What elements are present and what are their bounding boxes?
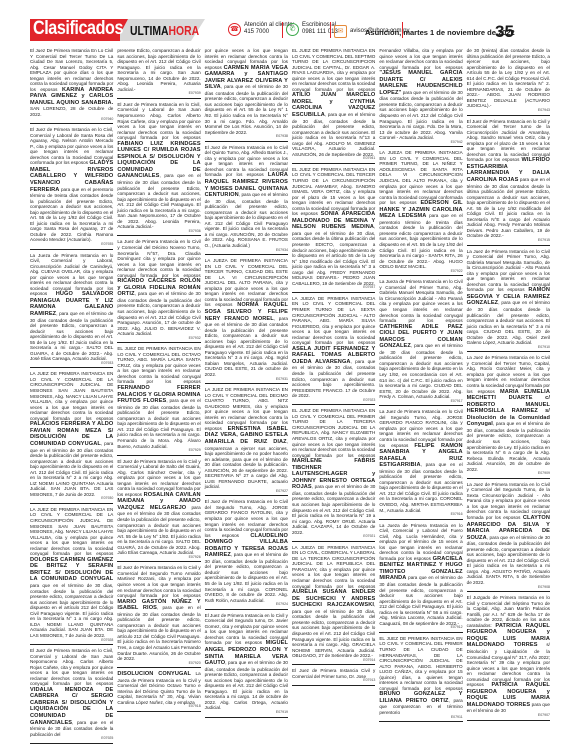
column-6: de 30 (treinta) días contados desde la ú… <box>467 48 550 747</box>
column-5: Fernandez Villalba, cita y emplaza por q… <box>379 48 462 747</box>
notice-text: para que en el término de 30 días contad… <box>379 575 462 625</box>
notice-text: , para que en el término de 30 días cont… <box>117 605 200 661</box>
page-number: 35 <box>495 22 514 42</box>
notice-text: para que en el perentorio término de tre… <box>379 213 462 269</box>
notice-text: , para que en el término de 30 días, con… <box>292 112 375 157</box>
notice-code: E07932 <box>117 337 200 341</box>
notice-code: E07917 <box>379 400 462 404</box>
notice-text: , para que en el término de 30 días, con… <box>292 359 375 398</box>
notice-code: E07943 <box>467 109 550 113</box>
notice-text: para que en el término de 30 días contad… <box>379 90 462 140</box>
notice-names: DOLORES CARMEN GIMÉNEZ DE BRITEZ Y SERAF… <box>30 557 113 583</box>
notice-text: , para que en el término de 30 días, con… <box>292 224 375 285</box>
notice-text: La Jueza de Primera Instancia en lo Civi… <box>379 279 462 323</box>
notice-code: E07937 <box>292 286 375 290</box>
classified-notice: EL JUEZ DE PRIMERA INSTANCIA EN LO CIVIL… <box>292 167 375 293</box>
notice-text: presente Edicto, comparezcan a deducir s… <box>117 48 200 92</box>
notice-text: , para que en el término de 30 días, con… <box>205 660 288 710</box>
notice-text: EL JUEZ DE PRIMERA INSTANCIA EN LO CIVIL… <box>292 167 375 216</box>
classified-notice: de 30 (treinta) días contados desde la ú… <box>467 48 550 116</box>
classified-notice: Fernandez Villalba, cita y emplaza por q… <box>379 48 462 147</box>
notice-code: E07927 <box>205 490 288 494</box>
notice-code: E07923 <box>292 399 375 403</box>
notice-code: E07920 <box>117 662 200 666</box>
notice-text: , para que en el término de 30 días, con… <box>467 421 550 471</box>
notice-text: LA JUEZ DE PRIMERA INSTANCIA EN LO CIVIL… <box>30 371 113 420</box>
classified-notice: El Juez de Primera Instancia en lo Civil… <box>30 127 113 249</box>
notice-code: E07922 <box>379 270 462 274</box>
notice-code: E07936 <box>117 230 200 234</box>
classified-notice: La Jueza de Primera Instancia en lo Civi… <box>30 253 113 369</box>
classified-notice: LA JUEZA DE PRIMERA INSTANCIA EN LO CIVI… <box>379 150 462 276</box>
notice-code: E07919 <box>205 711 288 715</box>
notice-text: LA JUEZ DE PRIMERA INSTANCIA EN LO CIVIL… <box>205 387 288 431</box>
notice-code: E07924 <box>205 603 288 607</box>
dateline: Asunción, martes 1 de noviembre de 2022 <box>365 28 515 37</box>
notice-text: El Juez de Primera Instancia en lo Civil… <box>117 565 200 598</box>
notice-text: El Juez de Primera Instancia en lo Civil… <box>467 119 550 163</box>
notice-text: para que en el perentorio término de tre… <box>30 187 113 243</box>
notice-text: , para que en el término de 30 días, con… <box>205 192 288 248</box>
brand-logo: ULTIMAHORA <box>130 23 199 38</box>
notice-code: E07909 <box>467 472 550 476</box>
notice-code: E07926 <box>117 556 200 560</box>
notice-code: E07907 <box>467 714 550 718</box>
notice-text: , para que en el término de 30 días, con… <box>292 602 375 658</box>
notice-code: E07911 <box>379 716 462 720</box>
classified-notice: La Jueza de Primera Instancia en lo Civi… <box>379 279 462 406</box>
notice-text: , para que en el término de 30 días, con… <box>292 484 375 534</box>
notice-text: EL JUEZ DE PRIMERA INSTANCIA EN LO CIVIL… <box>292 408 375 457</box>
classified-notice: El Juez de Primera Instancia en lo Civil… <box>467 119 550 246</box>
classified-notice: La Juez de Primera Instancia en lo Civil… <box>467 355 550 478</box>
notice-text: , para que en el término de 30 días cont… <box>30 441 113 497</box>
classifieds-columns: El Juez De Primera Instancia En Lo Civil… <box>30 48 550 747</box>
column-3: por quince veces a los que tengan interé… <box>205 48 288 747</box>
notice-text: , para que en el término de 30 días cont… <box>117 173 200 229</box>
classified-notice: La Juez de Primera Instancia en lo Civil… <box>379 409 462 519</box>
notice-code: E07918 <box>117 705 200 709</box>
notice-names: DISOLUCION CONYUGAL <box>117 671 191 677</box>
classified-notice: LA JUEZA DE PRIMERA INSTANCIA EN LO CIVI… <box>205 258 288 384</box>
notice-text: para que en el término de 30 días contad… <box>117 505 200 555</box>
classified-notice: El Juez de Primera Instancia en lo Civil… <box>117 565 200 668</box>
notice-text: El Juez de Primera Instancia en lo Civil… <box>30 648 113 686</box>
notice-text: El Juez De Primera Instancia En Lo Civil… <box>30 48 113 92</box>
notice-code: E07930 <box>30 497 113 501</box>
classified-notice: LA JUEZA DE PRIMERA INSTANCIA EN LO CIVI… <box>292 545 375 665</box>
classified-notice: El Juez de Primera Instancia Civil y Com… <box>292 668 375 686</box>
notice-text: , para que en el término de 30 días cont… <box>30 311 113 361</box>
notice-text: , para que en el término de 30 días cont… <box>467 300 550 345</box>
notice-code: E07940 <box>30 118 113 122</box>
classified-notice: LA JUEZA DE PRIMERA INSTANCIA EN LO CIVI… <box>292 296 375 405</box>
notice-text: LA JUEZA DE PRIMERA INSTANCIA EN LO CIVI… <box>205 258 288 307</box>
notice-text: EL JUEZ DE PRIMERA INSTANCIA EN LO CIVIL… <box>292 48 375 92</box>
section-title: Clasificados <box>33 18 123 40</box>
notice-text: , comparezcan a ejercer sus acciones, ba… <box>205 439 288 489</box>
classified-notice: El Juzgado de Primera Instancia en lo Ci… <box>467 595 550 720</box>
notice-code: E07942 <box>379 141 462 145</box>
notice-text: El Juez de Primera Instancia Civil y Com… <box>292 668 375 679</box>
notice-code: E07941 <box>292 157 375 161</box>
notice-text: LA JUEZA DE PRIMERA INSTANCIA EN LO CIVI… <box>292 296 375 345</box>
classified-notice: El Juez de Primera Instancia en lo Civil… <box>30 648 113 744</box>
classified-notice: LA JUEZ DE PRIMERA INSTANCIA EN LO CIVIL… <box>30 371 113 504</box>
notice-code: E07931 <box>205 378 288 382</box>
notice-text: SAN LORENZO, 28 de Octubre de 2022. <box>30 106 113 117</box>
classified-notice: por quince veces a los que tengan interé… <box>205 48 288 142</box>
notice-code: E07939 <box>117 92 200 96</box>
classified-notice: presente Edicto, comparezcan a deducir s… <box>117 48 200 99</box>
notice-code: E07935 <box>30 243 113 247</box>
notice-code: E07913 <box>292 679 375 683</box>
notice-text: , para que en el término de 30 días cont… <box>205 316 288 377</box>
classified-notice: El Juez de Primera Instancia en lo Civil… <box>117 102 200 237</box>
page-header: Clasificados ULTIMAHORA ☎ Atención al cl… <box>30 8 550 44</box>
classified-notice: LA JUEZ DE PRIMERA INSTANCIA EN LO CIVIL… <box>30 507 113 645</box>
notice-text: , para que en el término de 30 días, con… <box>205 552 288 602</box>
notice-code: E07925 <box>30 737 113 741</box>
notice-code: E07928 <box>30 639 113 643</box>
notice-text: , para que en el término de 30 días cont… <box>117 398 200 448</box>
notice-text: , para que en el término de 30 días cont… <box>205 84 288 134</box>
notice-text: LA JUEZ DE PRIMERA INSTANCIA EN LO CIVIL… <box>30 507 113 556</box>
newspaper-page: Clasificados ULTIMAHORA ☎ Atención al cl… <box>30 0 550 44</box>
column-2: presente Edicto, comparezcan a deducir s… <box>117 48 200 747</box>
envelope-icon: ✉ <box>334 25 347 38</box>
classified-notice: EL JUEZ DE PRIMERA INSTANCIA EN LO CIVIL… <box>292 408 375 542</box>
classified-notice: La Juez de Primera Instancia en lo Civil… <box>117 239 200 343</box>
notice-text: Fernandez Villalba, cita y emplaza por q… <box>379 48 462 70</box>
classified-notice: La Jueza de Primera Instancia en lo Civi… <box>379 523 462 633</box>
notice-text: La Juez de Primera Instancia en lo Civil… <box>467 249 550 293</box>
notice-text: , para que en el término de 30 días cont… <box>379 462 462 512</box>
classified-notice: La Juez de Primera Instancia en lo Civil… <box>467 249 550 353</box>
notice-code: E07934 <box>205 249 288 253</box>
notice-code: E07933 <box>30 362 113 366</box>
whatsapp-icon: ✆ <box>286 23 299 36</box>
classified-notice: EL JUEZ DE PRIMERA INSTANCIA EN LO CIVIL… <box>117 346 200 455</box>
classified-notice: El Juez de Primera Instancia en lo Civil… <box>205 613 288 718</box>
classified-notice: LA JUEZ DE PRIMERA INSTANCIA EN LO CIVIL… <box>205 387 288 496</box>
classified-notice: DISOLUCION CONYUGAL La Jueza de Primera … <box>117 671 200 712</box>
notice-text: EL JUEZ DE PRIMERA INSTANCIA EN LO CIVIL… <box>117 346 200 384</box>
classified-notice: El Juez de Primera Instancia en lo Civil… <box>205 499 288 609</box>
phone-icon: ☎ <box>228 23 241 36</box>
contact-phone: ☎ Atención al cliente:415 7000 <box>228 22 294 36</box>
classified-notice: La Juez de Primera Instancia en lo Civil… <box>467 482 550 592</box>
notice-text: s/ Disolución y Liquidación de la Comuni… <box>467 642 550 687</box>
notice-text: EL JUEZ DE PRIMERA INSTANCIA EN LO CIVIL… <box>379 636 462 691</box>
notice-code: E07914 <box>292 659 375 663</box>
notice-text: LA JUEZA DE PRIMERA INSTANCIA EN LO CIVI… <box>292 545 375 589</box>
column-1: El Juez De Primera Instancia En Lo Civil… <box>30 48 113 747</box>
notice-text: , para que en el término de 30 días cont… <box>379 343 462 399</box>
divider <box>330 22 331 38</box>
column-4: EL JUEZ DE PRIMERA INSTANCIA EN LO CIVIL… <box>292 48 375 747</box>
notice-text: La Juez de Primera Instancia en lo Civil… <box>117 239 200 277</box>
divider <box>282 22 283 38</box>
notice-code: E07915 <box>467 239 550 243</box>
classified-notice: EL JUEZ DE PRIMERA INSTANCIA EN LO CIVIL… <box>379 636 462 722</box>
notice-code: E07916 <box>379 513 462 517</box>
notice-text: La Jueza de Primera Instancia en lo Civi… <box>30 253 113 297</box>
notice-text: para que en el término de 30 días contad… <box>467 177 550 238</box>
classified-notice: El Juez de Primera Instancia en lo Civil… <box>205 145 288 255</box>
notice-names: AURELIA SUSANA ENDLER DE SUCHECKI Y ANDR… <box>292 589 375 608</box>
notice-code: E07910 <box>467 346 550 350</box>
classified-notice: El Juez de Primera Instancia en lo Civil… <box>117 459 200 563</box>
classified-notice: El Juez De Primera Instancia En Lo Civil… <box>30 48 113 124</box>
notice-code: E07938 <box>205 135 288 139</box>
notice-text: , para que en el término de 30 días cont… <box>117 291 200 336</box>
notice-code: E07908 <box>467 586 550 590</box>
notice-text: LA JUEZA DE PRIMERA INSTANCIA EN LO CIVI… <box>379 150 462 205</box>
notice-text: El Juez de Primera Instancia en lo Civil… <box>117 102 200 140</box>
notice-code: E07929 <box>117 449 200 453</box>
notice-text: , para que en el término de 30 días, con… <box>467 535 550 585</box>
notice-code: E07921 <box>292 535 375 539</box>
notice-text: para que en el término de 30 días, conta… <box>30 583 113 638</box>
classified-notice: EL JUEZ DE PRIMERA INSTANCIA EN LO CIVIL… <box>292 48 375 164</box>
notice-text: de 30 (treinta) días contados desde la ú… <box>467 48 550 108</box>
notice-code: E07912 <box>379 626 462 630</box>
